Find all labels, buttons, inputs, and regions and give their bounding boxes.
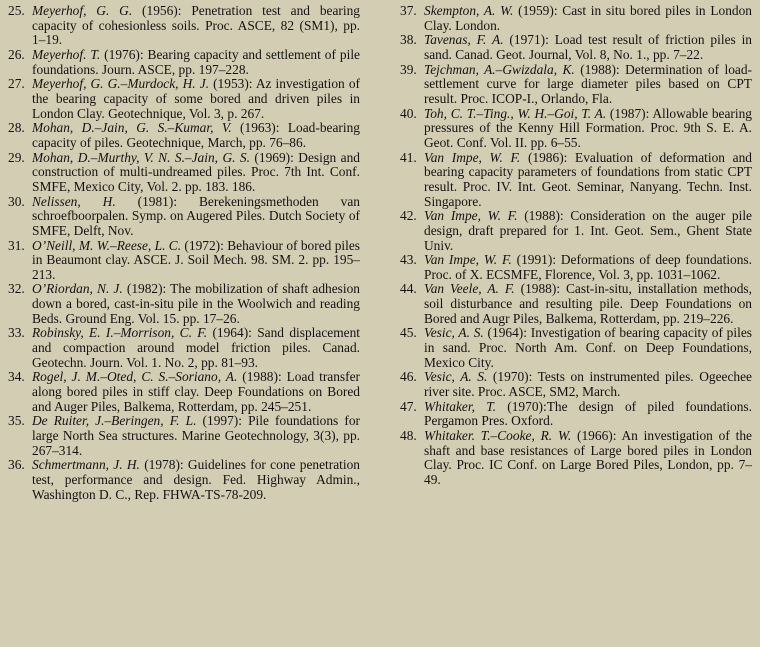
reference-number: 30. <box>8 195 25 210</box>
reference-authors: Whitaker. T.–Cooke, R. W. <box>424 428 571 443</box>
reference-item: 45.Vesic, A. S. (1964): Investigation of… <box>400 326 752 370</box>
reference-authors: Tejchman, A.–Gwizdala, K. <box>424 62 575 77</box>
reference-number: 43. <box>400 253 417 268</box>
reference-number: 34. <box>8 370 25 385</box>
reference-number: 33. <box>8 326 25 341</box>
reference-number: 26. <box>8 48 25 63</box>
reference-number: 35. <box>8 414 25 429</box>
reference-authors: Van Impe, W. F. <box>424 252 512 267</box>
reference-item: 35.De Ruiter, J.–Beringen, F. L. (1997):… <box>8 414 360 458</box>
reference-authors: Schmertmann, J. H. <box>32 457 140 472</box>
reference-authors: Meyerhof, G. G. <box>32 3 132 18</box>
reference-authors: Vesic, A. S. <box>424 325 484 340</box>
reference-number: 37. <box>400 4 417 19</box>
reference-authors: Meyerhof, G. G.–Murdock, H. J. <box>32 76 209 91</box>
reference-item: 26.Meyerhof. T. (1976): Bearing capacity… <box>8 48 360 77</box>
reference-authors: Van Veele, A. F. <box>424 281 515 296</box>
reference-number: 44. <box>400 282 417 297</box>
reference-number: 39. <box>400 63 417 78</box>
reference-authors: Meyerhof. T. <box>32 47 100 62</box>
reference-number: 31. <box>8 239 25 254</box>
reference-item: 29.Mohan, D.–Murthy, V. N. S.–Jain, G. S… <box>8 151 360 195</box>
reference-number: 40. <box>400 107 417 122</box>
reference-item: 48.Whitaker. T.–Cooke, R. W. (1966): An … <box>400 429 752 488</box>
reference-item: 37.Skempton, A. W. (1959): Cast in situ … <box>400 4 752 33</box>
reference-number: 27. <box>8 77 25 92</box>
reference-authors: Rogel, J. M.–Oted, C. S.–Soriano, A. <box>32 369 237 384</box>
reference-number: 42. <box>400 209 417 224</box>
reference-number: 36. <box>8 458 25 473</box>
reference-number: 46. <box>400 370 417 385</box>
reference-number: 28. <box>8 121 25 136</box>
reference-item: 44.Van Veele, A. F. (1988): Cast-in-situ… <box>400 282 752 326</box>
reference-authors: Nelissen, H. <box>32 194 116 209</box>
reference-number: 48. <box>400 429 417 444</box>
reference-authors: Whitaker, T. <box>424 399 496 414</box>
reference-item: 46.Vesic, A. S. (1970): Tests on instrum… <box>400 370 752 399</box>
references-left-column: 25.Meyerhof, G. G. (1956): Penetration t… <box>8 4 360 502</box>
reference-authors: Tavenas, F. A. <box>424 32 504 47</box>
reference-item: 38.Tavenas, F. A. (1971): Load test resu… <box>400 33 752 62</box>
references-right-column: 37.Skempton, A. W. (1959): Cast in situ … <box>400 4 752 488</box>
reference-item: 28.Mohan, D.–Jain, G. S.–Kumar, V. (1963… <box>8 121 360 150</box>
reference-item: 43.Van Impe, W. F. (1991): Deformations … <box>400 253 752 282</box>
reference-number: 32. <box>8 282 25 297</box>
reference-authors: De Ruiter, J.–Beringen, F. L. <box>32 413 196 428</box>
reference-item: 39.Tejchman, A.–Gwizdala, K. (1988): Det… <box>400 63 752 107</box>
reference-item: 30.Nelissen, H. (1981): Berekeningsmetho… <box>8 195 360 239</box>
reference-item: 31.O’Neill, M. W.–Reese, L. C. (1972): B… <box>8 239 360 283</box>
reference-authors: Van Impe, W. F. <box>424 208 517 223</box>
reference-authors: Toh, C. T.–Ting., W. H.–Goi, T. A. <box>424 106 606 121</box>
reference-item: 34.Rogel, J. M.–Oted, C. S.–Soriano, A. … <box>8 370 360 414</box>
reference-item: 47.Whitaker, T. (1970):The design of pil… <box>400 400 752 429</box>
reference-authors: O’Riordan, N. J. <box>32 281 123 296</box>
reference-item: 27.Meyerhof, G. G.–Murdock, H. J. (1953)… <box>8 77 360 121</box>
reference-authors: Robinsky, E. I.–Morrison, C. F. <box>32 325 207 340</box>
reference-number: 25. <box>8 4 25 19</box>
reference-item: 25.Meyerhof, G. G. (1956): Penetration t… <box>8 4 360 48</box>
reference-number: 38. <box>400 33 417 48</box>
reference-authors: O’Neill, M. W.–Reese, L. C. <box>32 238 181 253</box>
reference-authors: Van Impe, W. F. <box>424 150 520 165</box>
reference-number: 47. <box>400 400 417 415</box>
reference-authors: Mohan, D.–Murthy, V. N. S.–Jain, G. S. <box>32 150 250 165</box>
reference-number: 29. <box>8 151 25 166</box>
reference-item: 40.Toh, C. T.–Ting., W. H.–Goi, T. A. (1… <box>400 107 752 151</box>
reference-item: 42.Van Impe, W. F. (1988): Consideration… <box>400 209 752 253</box>
reference-item: 32.O’Riordan, N. J. (1982): The mobiliza… <box>8 282 360 326</box>
reference-authors: Vesic, A. S. <box>424 369 487 384</box>
reference-number: 45. <box>400 326 417 341</box>
reference-item: 36.Schmertmann, J. H. (1978): Guidelines… <box>8 458 360 502</box>
reference-authors: Mohan, D.–Jain, G. S.–Kumar, V. <box>32 120 232 135</box>
reference-item: 33.Robinsky, E. I.–Morrison, C. F. (1964… <box>8 326 360 370</box>
reference-item: 41.Van Impe, W. F. (1986): Evaluation of… <box>400 151 752 210</box>
reference-number: 41. <box>400 151 417 166</box>
reference-authors: Skempton, A. W. <box>424 3 513 18</box>
